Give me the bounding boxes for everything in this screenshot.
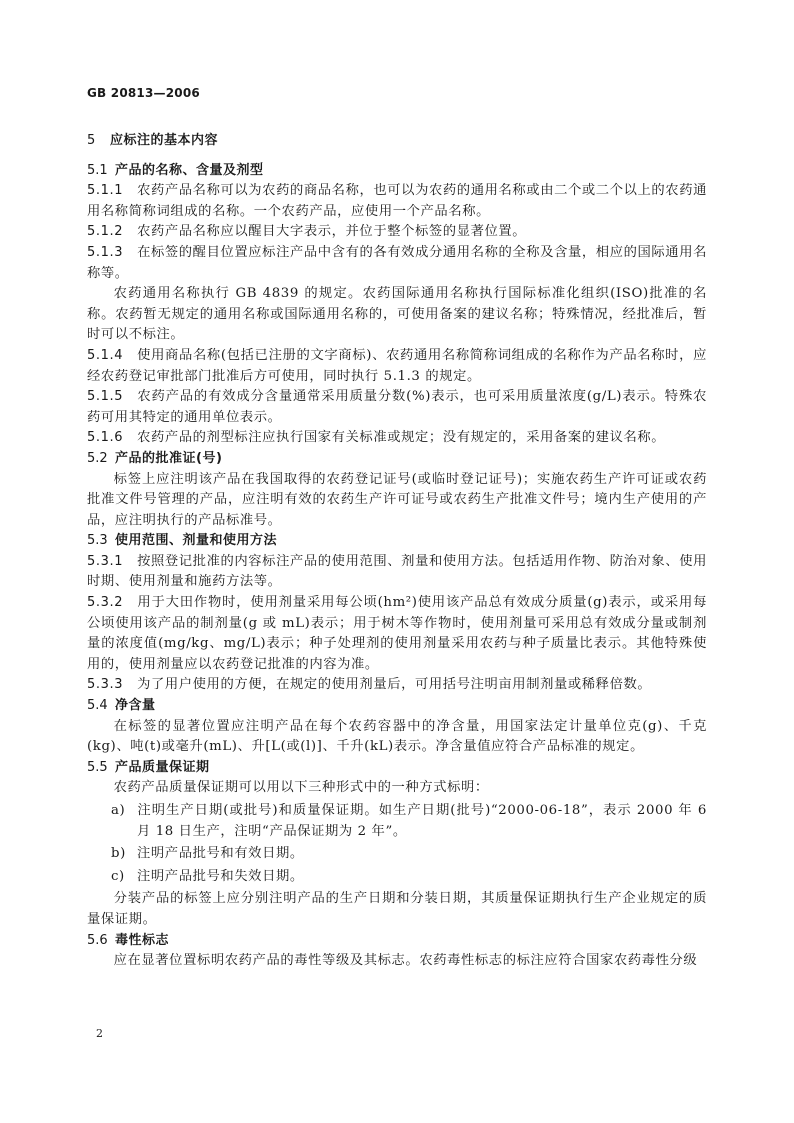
list-item-a: a)注明生产日期(或批号)和质量保证期。如生产日期(批号)“2000-06-18… <box>87 801 707 842</box>
subsection-heading-5-6: 5.6毒性标志 <box>87 931 707 952</box>
section-heading-5: 5应标注的基本内容 <box>87 131 707 152</box>
clause-number: 5.1.3 <box>87 243 123 264</box>
clause-5-3-3: 5.3.3为了用户使用的方便，在规定的使用剂量后，可用括号注明亩用制剂量或稀释倍… <box>87 675 707 696</box>
list-item-b: b)注明产品批号和有效日期。 <box>87 844 707 865</box>
subsection-title: 产品的批准证(号) <box>115 451 222 466</box>
clause-5-3-2: 5.3.2用于大田作物时，使用剂量采用每公顷(hm²)使用该产品总有效成分质量(… <box>87 593 707 675</box>
clause-text: 农药产品的剂型标注应执行国家有关标准或规定；没有规定的，采用备案的建议名称。 <box>137 430 665 445</box>
subsection-number: 5.6 <box>87 931 115 952</box>
clause-text: 用于大田作物时，使用剂量采用每公顷(hm²)使用该产品总有效成分质量(g)表示，… <box>87 595 707 672</box>
clause-5-1-6: 5.1.6农药产品的剂型标注应执行国家有关标准或规定；没有规定的，采用备案的建议… <box>87 428 707 449</box>
subsection-title: 使用范围、剂量和使用方法 <box>115 533 277 548</box>
page-number: 2 <box>96 1027 103 1040</box>
subsection-heading-5-3: 5.3使用范围、剂量和使用方法 <box>87 531 707 552</box>
subsection-number: 5.1 <box>87 161 115 182</box>
clause-number: 5.1.1 <box>87 181 123 202</box>
clause-number: 5.3.1 <box>87 552 123 573</box>
list-marker: a) <box>111 801 137 822</box>
clause-text: 农药产品名称可以为农药的商品名称，也可以为农药的通用名称或由二个或二个以上的农药… <box>87 183 707 219</box>
paragraph-5-5: 分装产品的标签上应分别注明产品的生产日期和分装日期，其质量保证期执行生产企业规定… <box>87 889 707 930</box>
section-number: 5 <box>87 131 110 152</box>
clause-number: 5.1.2 <box>87 222 123 243</box>
clause-text: 农药产品的有效成分含量通常采用质量分数(%)表示，也可采用质量浓度(g/L)表示… <box>87 389 707 425</box>
subsection-title: 净含量 <box>115 698 156 713</box>
list-text: 注明产品批号和失效日期。 <box>137 869 304 884</box>
list-item-c: c)注明产品批号和失效日期。 <box>87 867 707 888</box>
list-marker: b) <box>111 844 137 865</box>
clause-5-1-5: 5.1.5农药产品的有效成分含量通常采用质量分数(%)表示，也可采用质量浓度(g… <box>87 387 707 428</box>
clause-number: 5.1.4 <box>87 346 123 367</box>
list-text: 注明产品批号和有效日期。 <box>137 846 304 861</box>
clause-5-1-1: 5.1.1农药产品名称可以为农药的商品名称，也可以为农药的通用名称或由二个或二个… <box>87 181 707 222</box>
section-title: 应标注的基本内容 <box>110 133 218 148</box>
clause-text: 使用商品名称(包括已注册的文字商标)、农药通用名称简称词组成的名称作为产品名称时… <box>87 348 707 384</box>
subsection-title: 产品的名称、含量及剂型 <box>115 163 264 178</box>
clause-number: 5.3.2 <box>87 593 123 614</box>
paragraph-5-6: 应在显著位置标明农药产品的毒性等级及其标志。农药毒性标志的标注应符合国家农药毒性… <box>87 951 707 972</box>
subsection-number: 5.5 <box>87 758 115 779</box>
clause-number: 5.1.5 <box>87 387 123 408</box>
clause-text: 按照登记批准的内容标注产品的使用范围、剂量和使用方法。包括适用作物、防治对象、使… <box>87 554 707 590</box>
clause-text: 在标签的醒目位置应标注产品中含有的各有效成分通用名称的全称及含量，相应的国际通用… <box>87 245 707 281</box>
paragraph-5-4: 在标签的显著位置应注明产品在每个农药容器中的净含量，用国家法定计量单位克(g)、… <box>87 717 707 758</box>
subsection-heading-5-2: 5.2产品的批准证(号) <box>87 449 707 470</box>
subsection-title: 产品质量保证期 <box>115 760 210 775</box>
subsection-heading-5-5: 5.5产品质量保证期 <box>87 758 707 779</box>
subsection-title: 毒性标志 <box>115 933 169 948</box>
document-header: GB 20813—2006 <box>87 86 200 100</box>
clause-5-1-2: 5.1.2农药产品名称应以醒目大字表示，并位于整个标签的显著位置。 <box>87 222 707 243</box>
subsection-number: 5.4 <box>87 696 115 717</box>
document-body: 5应标注的基本内容 5.1产品的名称、含量及剂型 5.1.1农药产品名称可以为农… <box>87 131 707 972</box>
clause-number: 5.3.3 <box>87 675 123 696</box>
clause-text: 为了用户使用的方便，在规定的使用剂量后，可用括号注明亩用制剂量或稀释倍数。 <box>137 677 651 692</box>
list-text: 注明生产日期(或批号)和质量保证期。如生产日期(批号)“2000-06-18”，… <box>137 803 707 839</box>
clause-5-1-4: 5.1.4使用商品名称(包括已注册的文字商标)、农药通用名称简称词组成的名称作为… <box>87 346 707 387</box>
clause-5-1-3: 5.1.3在标签的醒目位置应标注产品中含有的各有效成分通用名称的全称及含量，相应… <box>87 243 707 284</box>
subsection-heading-5-4: 5.4净含量 <box>87 696 707 717</box>
clause-number: 5.1.6 <box>87 428 123 449</box>
list-marker: c) <box>111 867 137 888</box>
clause-5-3-1: 5.3.1按照登记批准的内容标注产品的使用范围、剂量和使用方法。包括适用作物、防… <box>87 552 707 593</box>
paragraph-5-2: 标签上应注明该产品在我国取得的农药登记证号(或临时登记证号)；实施农药生产许可证… <box>87 470 707 532</box>
subsection-number: 5.2 <box>87 449 115 470</box>
paragraph-5-1-3: 农药通用名称执行 GB 4839 的规定。农药国际通用名称执行国际标准化组织(I… <box>87 284 707 346</box>
subsection-heading-5-1: 5.1产品的名称、含量及剂型 <box>87 161 707 182</box>
subsection-number: 5.3 <box>87 531 115 552</box>
clause-text: 农药产品名称应以醒目大字表示，并位于整个标签的显著位置。 <box>137 224 526 239</box>
paragraph-5-5-intro: 农药产品质量保证期可以用以下三种形式中的一种方式标明： <box>87 778 707 799</box>
